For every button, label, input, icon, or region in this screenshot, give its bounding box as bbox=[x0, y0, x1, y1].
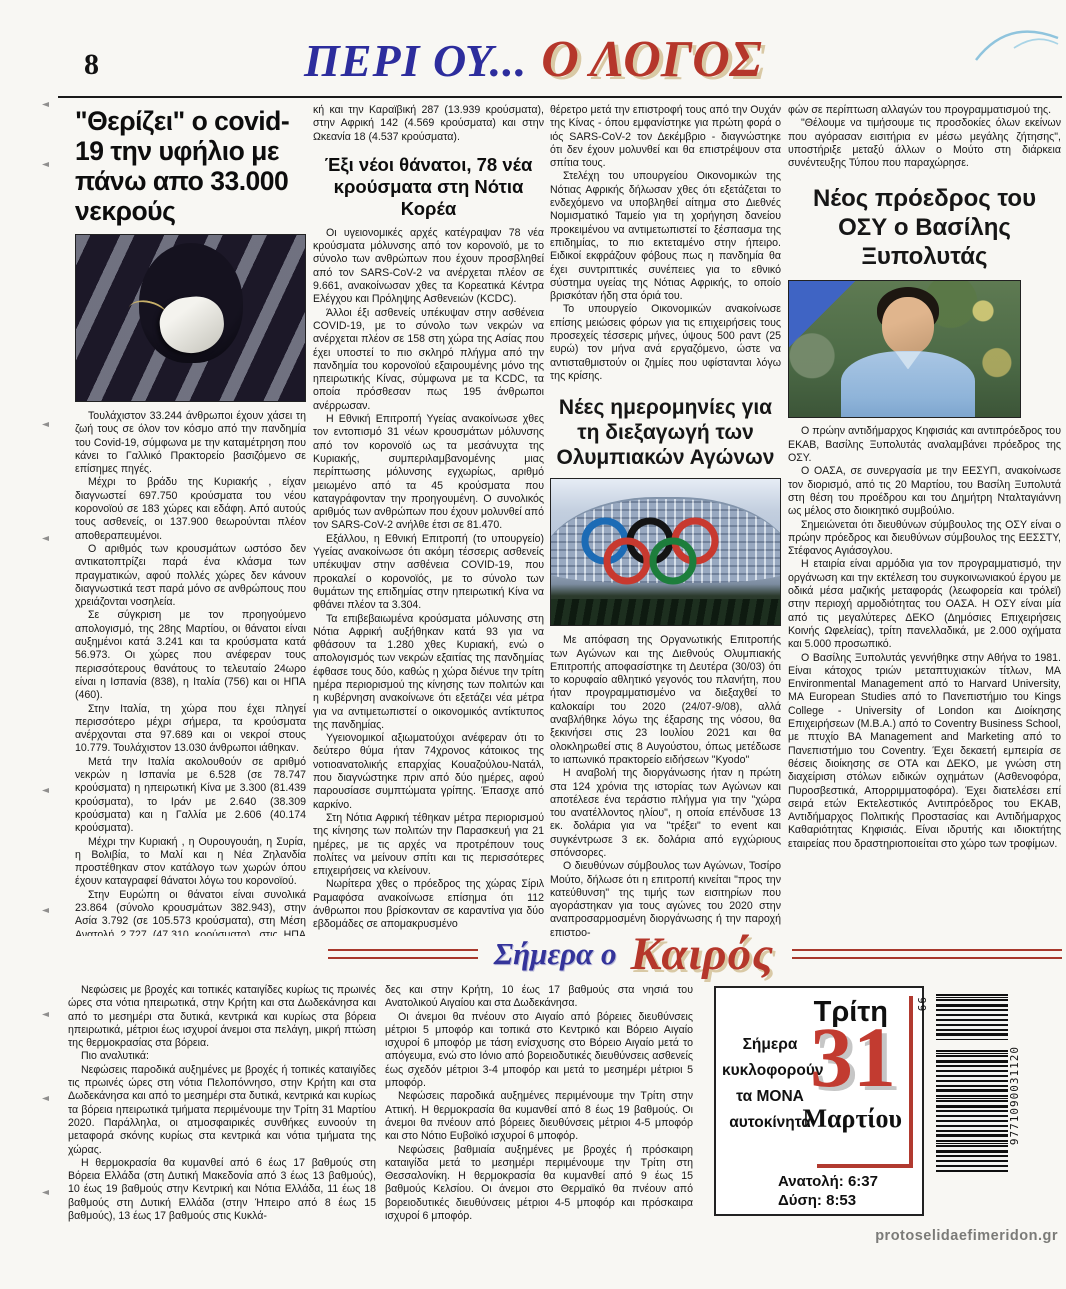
covid-paragraph: Στην Ιταλία, τη χώρα που έχει πληγεί περ… bbox=[75, 703, 306, 756]
sun-times: Ανατολή: 6:37 Δύση: 8:53 bbox=[778, 1172, 878, 1210]
photo-face bbox=[882, 297, 934, 355]
red-divider-line-left bbox=[328, 949, 478, 959]
barcode-bars-main bbox=[936, 1050, 1008, 1172]
olympics-paragraph: Ο διευθύνων σύμβουλος των Αγώνων, Τοσίρο… bbox=[550, 860, 781, 936]
weather-paragraph: Νεφώσεις βαθμιαία αυξημένες με βροχές ή … bbox=[385, 1144, 693, 1224]
korea-paragraph: Οι υγειονομικές αρχές κατέγραψαν 78 νέα … bbox=[313, 227, 544, 307]
weather-paragraph: Νεφώσεις με βροχές και τοπικές καταιγίδε… bbox=[68, 984, 376, 1050]
masthead-right: Ο ΛΟΓΟΣ bbox=[541, 31, 762, 88]
weather-paragraph: Πιο αναλυτικά: bbox=[68, 1050, 376, 1063]
margin-artifact bbox=[42, 162, 49, 167]
korea-paragraph: Στη Νότια Αφρική τέθηκαν μέτρα περιορισμ… bbox=[313, 812, 544, 878]
covid-paragraph: Μετά την Ιταλία ακολουθούν σε αριθμό νεκ… bbox=[75, 756, 306, 836]
korea-paragraph: Τα επιβεβαιωμένα κρούσματα μόλυνσης στη … bbox=[313, 613, 544, 733]
olympics-headline: Νέες ημερομηνίες για τη διεξαγωγή των Ολ… bbox=[550, 395, 781, 470]
korea-paragraph: Άλλοι έξι ασθενείς υπέκυψαν στην ασθένει… bbox=[313, 307, 544, 413]
margin-artifact bbox=[42, 1096, 49, 1101]
margin-artifact bbox=[42, 908, 49, 913]
margin-artifact bbox=[42, 536, 49, 541]
notice-line: κυκλοφορούν bbox=[722, 1058, 818, 1084]
column-2: κή και την Καραϊβική 287 (13.939 κρούσμα… bbox=[313, 104, 544, 936]
column-4: φών σε περίπτωση αλλαγών του προγραμματι… bbox=[788, 104, 1061, 936]
margin-artifact bbox=[42, 102, 49, 107]
covid-paragraph: Τουλάχιστον 33.244 άνθρωποι έχουν χάσει … bbox=[75, 410, 306, 476]
korea-headline: Έξι νέοι θάνατοι, 78 νέα κρούσματα στη Ν… bbox=[317, 154, 540, 220]
notice-line: Σήμερα bbox=[722, 1032, 818, 1058]
covid-paragraph: Σε σύγκριση με τον προηγούμενο απολογισμ… bbox=[75, 609, 306, 702]
covid-headline: "Θερίζει" ο covid-19 την υφήλιο με πάνω … bbox=[75, 106, 306, 226]
weather-banner-red: Καιρός bbox=[630, 927, 774, 981]
safrica-paragraph: Το υπουργείο Οικονομικών ανακοίνωσε επίσ… bbox=[550, 303, 781, 383]
covid-paragraph: Ο αριθμός των κρουσμάτων ωστόσο δεν αντι… bbox=[75, 543, 306, 609]
osy-paragraph: Η εταιρία είναι αρμόδια για τον προγραμμ… bbox=[788, 558, 1061, 651]
column-3: θέρετρο μετά την επιστροφή τους από την … bbox=[550, 104, 781, 936]
covid-paragraph: Στην Ευρώπη οι θάνατοι είναι συνολικά 23… bbox=[75, 889, 306, 936]
margin-artifact bbox=[42, 422, 49, 427]
xypolytas-portrait-photo bbox=[788, 280, 1021, 418]
osy-paragraph: Ο πρώην αντιδήμαρχος Κηφισιάς και αντιπρ… bbox=[788, 425, 1061, 465]
sunset-time: Δύση: 8:53 bbox=[778, 1191, 878, 1210]
osy-headline: Νέος πρόεδρος του ΟΣΥ ο Βασίλης Ξυπολυτά… bbox=[788, 184, 1061, 271]
barcode-number: 9771090031120 bbox=[1008, 1046, 1021, 1145]
olympics-paragraph-continued: φών σε περίπτωση αλλαγών του προγραμματι… bbox=[788, 104, 1061, 117]
weather-paragraph: Νεφώσεις παροδικά αυξημένες περιμένουμε … bbox=[385, 1090, 693, 1143]
newspaper-page: 8 ΠΕΡΙ ΟΥ...Ο ΛΟΓΟΣ "Θερίζει" ο covid-19… bbox=[0, 0, 1066, 1289]
weather-column-1: Νεφώσεις με βροχές και τοπικές καταιγίδε… bbox=[68, 984, 376, 1278]
covid-paragraph: Μέχρι το βράδυ της Κυριακής , είχαν διαγ… bbox=[75, 476, 306, 542]
olympics-quote-paragraph: "Θέλουμε να τιμήσουμε τις προσδοκίες όλω… bbox=[788, 117, 1061, 170]
weather-paragraph: Η θερμοκρασία θα κυμανθεί από 6 έως 17 β… bbox=[68, 1157, 376, 1223]
sunrise-time: Ανατολή: 6:37 bbox=[778, 1172, 878, 1191]
osy-paragraph: Σημειώνεται ότι διευθύνων σύμβουλος της … bbox=[788, 519, 1061, 559]
korea-paragraph: Υγειονομικοί αξιωματούχοι ανέφεραν ότι τ… bbox=[313, 732, 544, 812]
korea-paragraph: Εξάλλου, η Εθνική Επιτροπή (το υπουργείο… bbox=[313, 533, 544, 613]
masthead-left: ΠΕΡΙ ΟΥ... bbox=[304, 35, 527, 86]
osy-paragraph: Ο Βασίλης Ξυπολυτάς γεννήθηκε στην Αθήνα… bbox=[788, 652, 1061, 851]
barcode-bars-small bbox=[936, 994, 1008, 1040]
weather-column-2: δες και στην Κρήτη, 10 έως 17 βαθμούς στ… bbox=[385, 984, 693, 1278]
issn-barcode: 66 9771090031120 bbox=[922, 990, 1022, 1190]
weather-paragraph: Νεφώσεις παροδικά αυξημένες με βροχές ή … bbox=[68, 1064, 376, 1157]
calendar-box: Σήμερα κυκλοφορούν τα ΜΟΝΑ αυτοκίνητα Τρ… bbox=[714, 986, 924, 1216]
header-rule bbox=[58, 96, 1062, 98]
korea-paragraph: Νωρίτερα χθες ο πρόεδρος της χώρας Σίριλ… bbox=[313, 878, 544, 931]
olympics-paragraph: Με απόφαση της Οργανωτικής Επιτροπής των… bbox=[550, 634, 781, 767]
covid-mask-photo bbox=[75, 234, 306, 402]
watermark-site: protoselidaefimeridon.gr bbox=[875, 1228, 1058, 1244]
margin-artifact bbox=[42, 788, 49, 793]
barcode-top-number: 66 bbox=[916, 996, 929, 1011]
olympic-rings-icon bbox=[575, 513, 725, 593]
safrica-paragraph-continued: θέρετρο μετά την επιστροφή τους από την … bbox=[550, 104, 781, 170]
margin-artifact bbox=[42, 1190, 49, 1195]
calendar-month: Μαρτίου bbox=[802, 1104, 902, 1134]
pen-scribble-artifact bbox=[974, 18, 1060, 70]
weather-paragraph-continued: δες και στην Κρήτη, 10 έως 17 βαθμούς στ… bbox=[385, 984, 693, 1011]
masthead: ΠΕΡΙ ΟΥ...Ο ΛΟΓΟΣ bbox=[0, 30, 1066, 89]
red-divider-line-right bbox=[792, 949, 1062, 959]
column-1: "Θερίζει" ο covid-19 την υφήλιο με πάνω … bbox=[75, 104, 306, 936]
korea-paragraph: Η Εθνική Επιτροπή Υγείας ανακοίνωσε χθες… bbox=[313, 413, 544, 533]
covid-paragraph-continued: κή και την Καραϊβική 287 (13.939 κρούσμα… bbox=[313, 104, 544, 144]
photo-hedge bbox=[551, 599, 780, 625]
calendar-date: 31 bbox=[810, 1014, 896, 1100]
covid-paragraph: Μέχρι την Κυριακή , η Ουρουγουάη, η Συρί… bbox=[75, 836, 306, 889]
olympics-paragraph: Η αναβολή της διοργάνωσης ήταν η πρώτη σ… bbox=[550, 767, 781, 860]
weather-banner: Σήμερα ο Καιρός bbox=[58, 930, 1062, 978]
weather-paragraph: Οι άνεμοι θα πνέουν στο Αιγαίο από βόρει… bbox=[385, 1011, 693, 1091]
margin-artifact bbox=[42, 1012, 49, 1017]
weather-banner-blue: Σήμερα ο bbox=[494, 936, 617, 972]
safrica-paragraph: Στελέχη του υπουργείου Οικονομικών της Ν… bbox=[550, 170, 781, 303]
olympic-stadium-photo bbox=[550, 478, 781, 626]
osy-paragraph: Ο ΟΑΣΑ, σε συνεργασία με την ΕΕΣΥΠ, ανακ… bbox=[788, 465, 1061, 518]
